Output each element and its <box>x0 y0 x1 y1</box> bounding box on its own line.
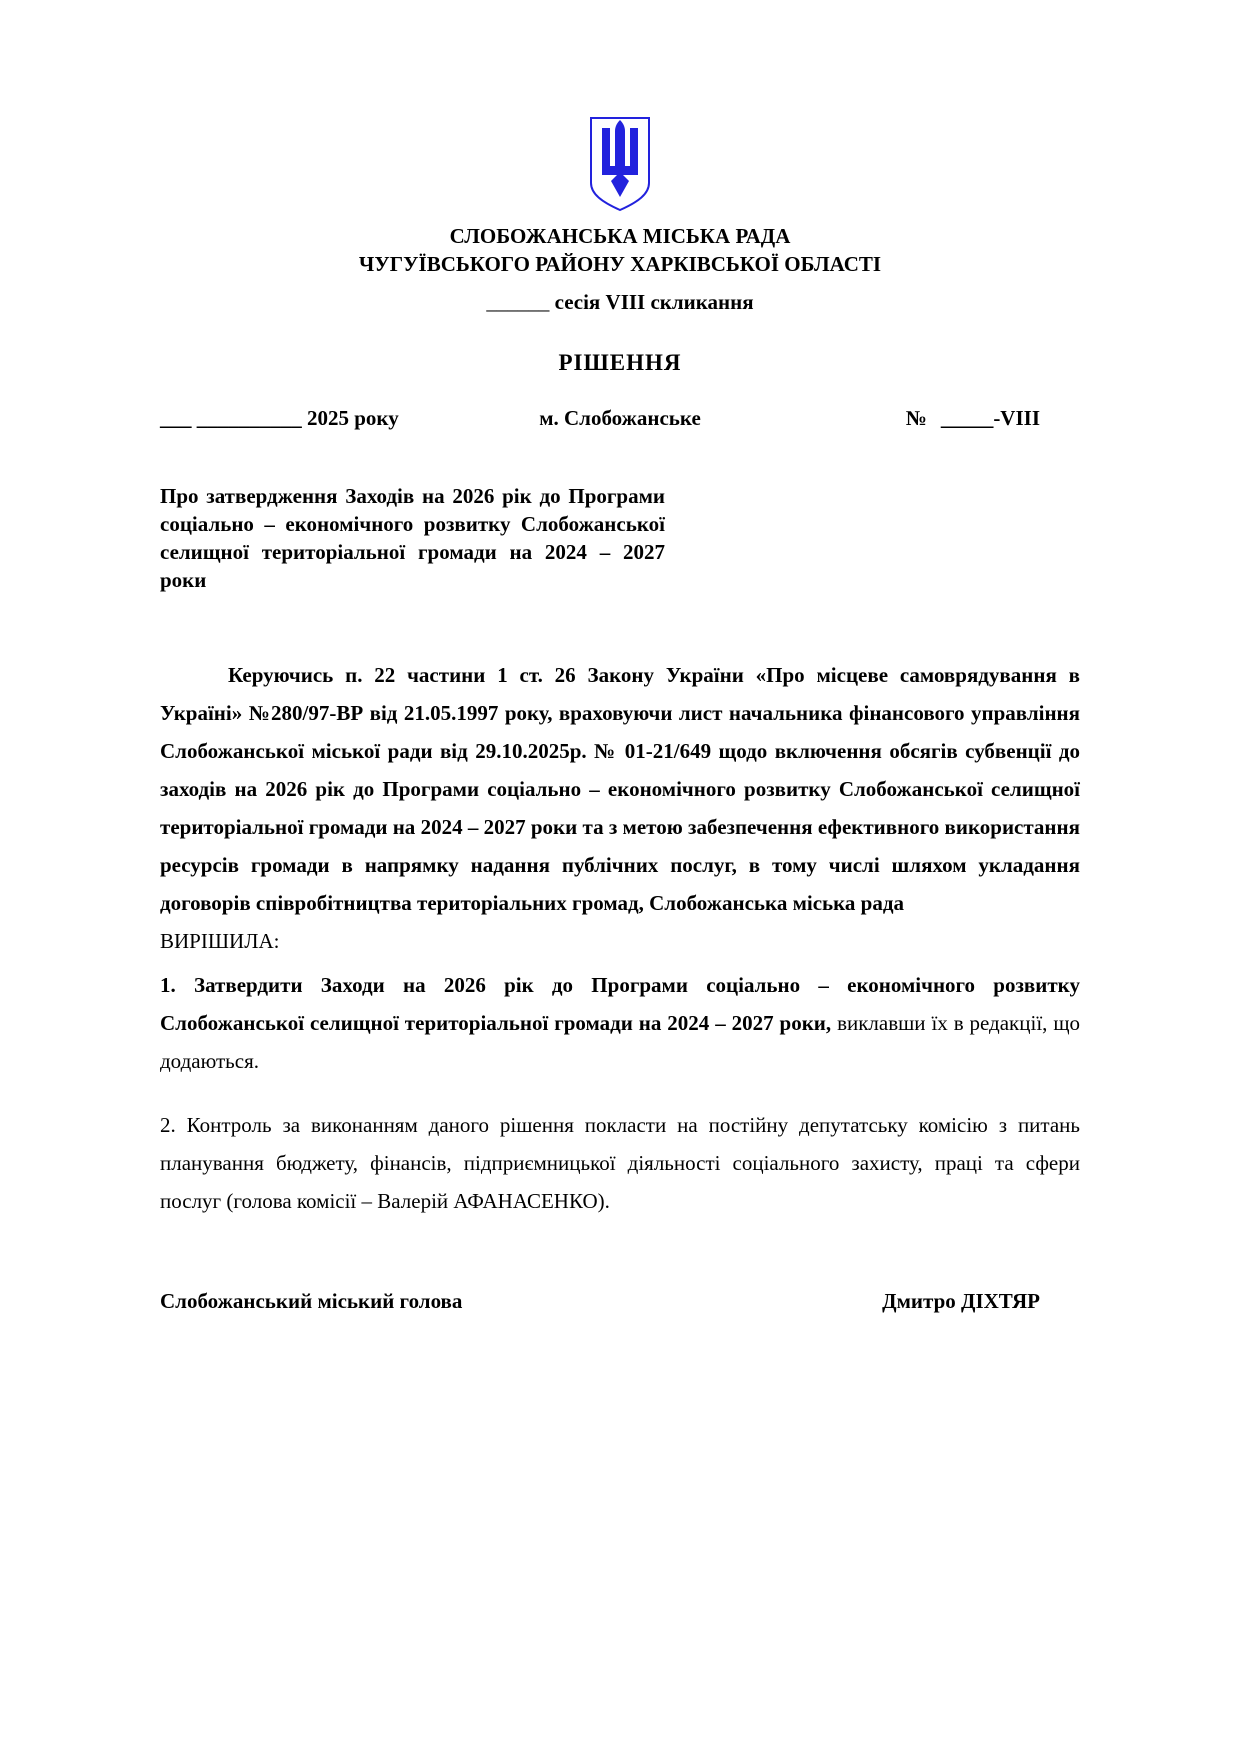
document-number-field: №_____-VIII <box>780 406 1080 430</box>
number-sign-label: № <box>906 406 927 430</box>
session-number-blank: ______ <box>486 290 549 314</box>
resolved-heading: ВИРІШИЛА: <box>160 926 1080 956</box>
emblem-container <box>160 115 1080 213</box>
meta-line: ___ __________ 2025 року м. Слобожанське… <box>160 406 1080 430</box>
signatory-name: Дмитро ДІХТЯР <box>882 1288 1080 1314</box>
number-suffix: -VIII <box>993 406 1040 430</box>
document-type-heading: РІШЕННЯ <box>160 348 1080 378</box>
organization-name-line2: ЧУГУЇВСЬКОГО РАЙОНУ ХАРКІВСЬКОЇ ОБЛАСТІ <box>160 250 1080 278</box>
session-label: сесія VIII скликання <box>555 290 754 314</box>
subject-paragraph: Про затвердження Заходів на 2026 рік до … <box>160 482 665 594</box>
resolution-item-1: 1. Затвердити Заходи на 2026 рік до Прог… <box>160 966 1080 1080</box>
place-name: м. Слобожанське <box>460 406 780 430</box>
preamble-paragraph: Керуючись п. 22 частини 1 ст. 26 Закону … <box>160 656 1080 922</box>
document-page: СЛОБОЖАНСЬКА МІСЬКА РАДА ЧУГУЇВСЬКОГО РА… <box>0 0 1240 1754</box>
organization-name-line1: СЛОБОЖАНСЬКА МІСЬКА РАДА <box>160 222 1080 250</box>
signatory-position: Слобожанський міський голова <box>160 1288 462 1314</box>
signature-line: Слобожанський міський голова Дмитро ДІХТ… <box>160 1288 1080 1314</box>
number-blank: _____ <box>941 406 994 430</box>
resolution-item-2: 2. Контроль за виконанням даного рішення… <box>160 1106 1080 1220</box>
date-field: ___ __________ 2025 року <box>160 406 460 430</box>
session-line: ______ сесія VIII скликання <box>160 290 1080 314</box>
date-blank: ___ __________ <box>160 406 302 430</box>
trident-emblem-icon <box>588 115 652 213</box>
date-year-label: 2025 року <box>307 406 399 430</box>
organization-name: СЛОБОЖАНСЬКА МІСЬКА РАДА ЧУГУЇВСЬКОГО РА… <box>160 222 1080 278</box>
